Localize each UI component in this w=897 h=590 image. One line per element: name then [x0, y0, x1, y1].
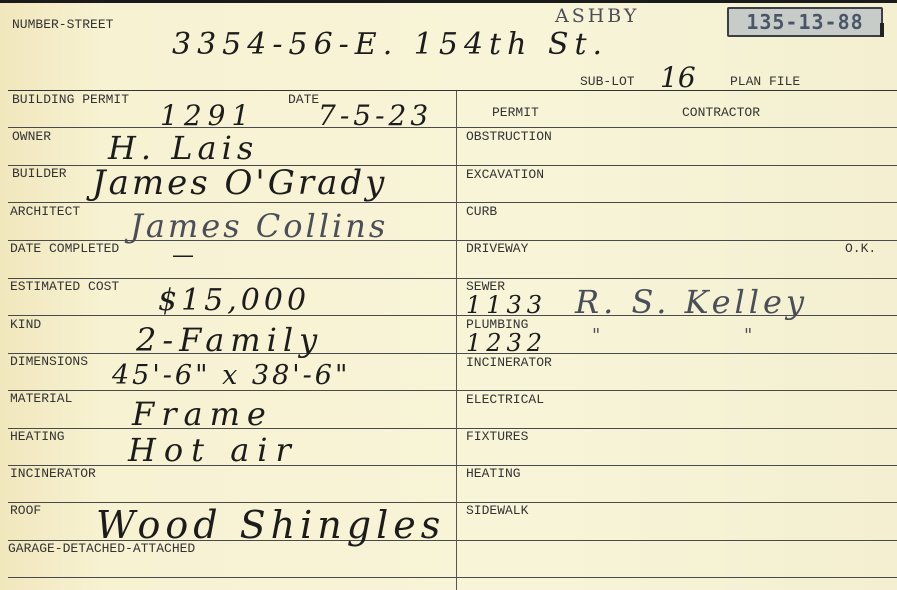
roof-label: ROOF: [10, 503, 41, 518]
rule: [8, 90, 897, 91]
plumbing-contractor-ditto: ": [744, 325, 752, 346]
heating-label: HEATING: [10, 429, 65, 444]
permit-header: PERMIT: [492, 105, 539, 120]
number-street-label: NUMBER-STREET: [12, 17, 113, 32]
owner-label: OWNER: [12, 129, 51, 144]
plumbing-permit-no: 1232: [466, 329, 547, 357]
garage-label: GARAGE-DETACHED-ATTACHED: [8, 541, 195, 556]
sidewalk-label: SIDEWALK: [466, 503, 528, 518]
sub-lot-label: SUB-LOT: [580, 74, 635, 89]
plumbing-contractor-ditto: ": [592, 325, 600, 346]
stamp-mark: [880, 23, 884, 37]
record-stamp: 135-13-88: [727, 7, 883, 37]
heating-value: Hot air: [128, 431, 299, 469]
excavation-label: EXCAVATION: [466, 167, 544, 182]
rule: [8, 577, 897, 578]
builder-value: James O'Grady: [92, 163, 387, 203]
builder-label: BUILDER: [12, 166, 67, 181]
building-permit-label: BUILDING PERMIT: [12, 92, 129, 107]
driveway-note: O.K.: [845, 241, 876, 256]
incinerator-permit-label: INCINERATOR: [466, 355, 552, 370]
dimensions-label: DIMENSIONS: [10, 354, 88, 369]
rule: [8, 127, 897, 128]
material-label: MATERIAL: [10, 391, 72, 406]
date-value: 7-5-23: [318, 99, 432, 132]
date-completed-value: —: [172, 243, 194, 268]
column-divider: [456, 91, 457, 590]
estimated-cost-label: ESTIMATED COST: [10, 279, 119, 294]
curb-label: CURB: [466, 204, 497, 219]
incinerator-label: INCINERATOR: [10, 466, 96, 481]
fixtures-label: FIXTURES: [466, 429, 528, 444]
architect-label: ARCHITECT: [10, 204, 80, 219]
heating-permit-label: HEATING: [466, 466, 521, 481]
date-completed-label: DATE COMPLETED: [10, 241, 119, 256]
sewer-permit-no: 1133: [466, 291, 547, 319]
architect-value: James Collins: [130, 207, 388, 245]
building-record-card: NUMBER-STREET 3354-56-E. 154th St. ASHBY…: [0, 0, 897, 590]
kind-value: 2-Family: [136, 321, 323, 359]
date-label: DATE: [288, 92, 319, 107]
number-street-value: 3354-56-E. 154th St.: [172, 27, 608, 62]
dimensions-value: 45'-6" x 38'-6": [112, 360, 350, 391]
contractor-header: CONTRACTOR: [682, 105, 760, 120]
driveway-label: DRIVEWAY: [466, 241, 528, 256]
rule: [8, 278, 897, 279]
sewer-contractor: R. S. Kelley: [575, 283, 808, 321]
building-permit-value: 1291: [160, 99, 255, 132]
plan-file-label: PLAN FILE: [730, 74, 800, 89]
material-value: Frame: [132, 395, 273, 433]
obstruction-label: OBSTRUCTION: [466, 129, 552, 144]
estimated-cost-value: $15,000: [158, 283, 310, 318]
street-annotation: ASHBY: [555, 5, 639, 27]
electrical-label: ELECTRICAL: [466, 392, 544, 407]
kind-label: KIND: [10, 317, 41, 332]
owner-value: H. Lais: [108, 129, 258, 167]
